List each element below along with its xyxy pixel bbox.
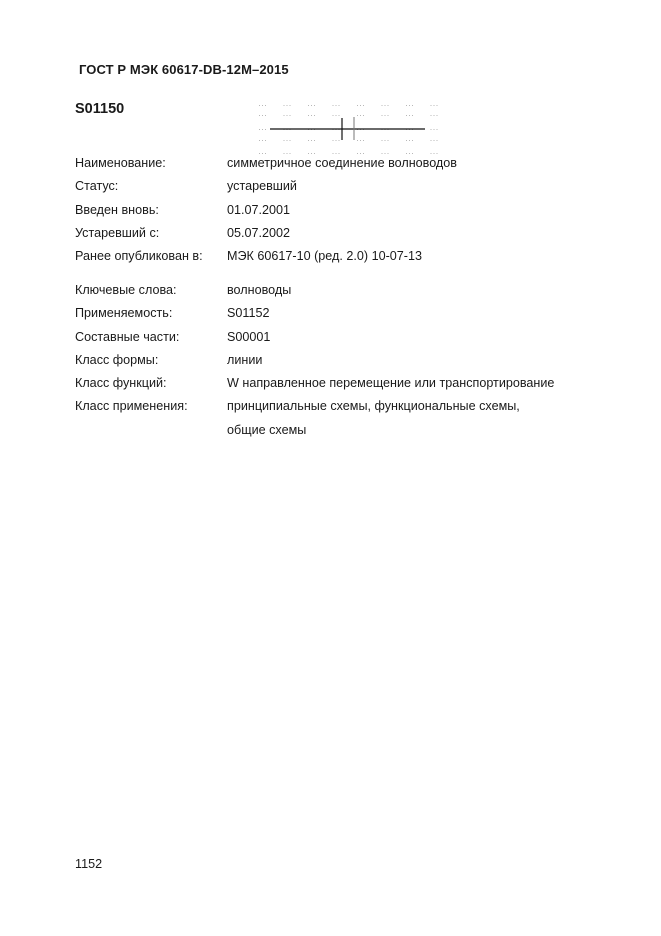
- property-row-components: Составные части: S00001: [75, 326, 554, 349]
- property-row-introduced: Введен вновь: 01.07.2001: [75, 199, 457, 222]
- property-label: Введен вновь:: [75, 199, 227, 222]
- primary-properties: Наименование: симметричное соединение во…: [75, 152, 457, 268]
- property-label: Применяемость:: [75, 302, 227, 325]
- property-value: 01.07.2001: [227, 199, 290, 222]
- property-row-keywords: Ключевые слова: волноводы: [75, 279, 554, 302]
- property-row-status: Статус: устаревший: [75, 175, 457, 198]
- property-label: Составные части:: [75, 326, 227, 349]
- property-row-previously-published: Ранее опубликован в: МЭК 60617-10 (ред. …: [75, 245, 457, 268]
- property-label: Устаревший с:: [75, 222, 227, 245]
- property-label: Наименование:: [75, 152, 227, 175]
- property-value: S01152: [227, 302, 270, 325]
- property-label: Ранее опубликован в:: [75, 245, 227, 268]
- document-header: ГОСТ Р МЭК 60617-DB-12M–2015: [79, 62, 289, 77]
- property-value: S00001: [227, 326, 270, 349]
- secondary-properties: Ключевые слова: волноводы Применяемость:…: [75, 279, 554, 442]
- property-value: принципиальные схемы, функциональные схе…: [227, 395, 520, 418]
- page-number: 1152: [75, 857, 102, 871]
- property-label: Класс функций:: [75, 372, 227, 395]
- property-value: МЭК 60617-10 (ред. 2.0) 10-07-13: [227, 245, 422, 268]
- property-value: устаревший: [227, 175, 297, 198]
- property-row-function-class: Класс функций: W направленное перемещени…: [75, 372, 554, 395]
- property-label: Ключевые слова:: [75, 279, 227, 302]
- property-row-obsolete-since: Устаревший с: 05.07.2002: [75, 222, 457, 245]
- property-value: симметричное соединение волноводов: [227, 152, 457, 175]
- property-row-application-class-continued: общие схемы: [75, 419, 554, 442]
- property-value: волноводы: [227, 279, 291, 302]
- property-value: W направленное перемещение или транспорт…: [227, 372, 554, 395]
- property-label: Класс применения:: [75, 395, 227, 418]
- property-row-name: Наименование: симметричное соединение во…: [75, 152, 457, 175]
- property-value: общие схемы: [227, 419, 306, 442]
- property-row-shape-class: Класс формы: линии: [75, 349, 554, 372]
- property-label: [75, 419, 227, 442]
- property-row-applicability: Применяемость: S01152: [75, 302, 554, 325]
- property-label: Класс формы:: [75, 349, 227, 372]
- property-label: Статус:: [75, 175, 227, 198]
- symbol-code: S01150: [75, 101, 124, 117]
- property-value: линии: [227, 349, 262, 372]
- waveguide-junction-symbol: [250, 98, 450, 158]
- property-value: 05.07.2002: [227, 222, 290, 245]
- property-row-application-class: Класс применения: принципиальные схемы, …: [75, 395, 554, 418]
